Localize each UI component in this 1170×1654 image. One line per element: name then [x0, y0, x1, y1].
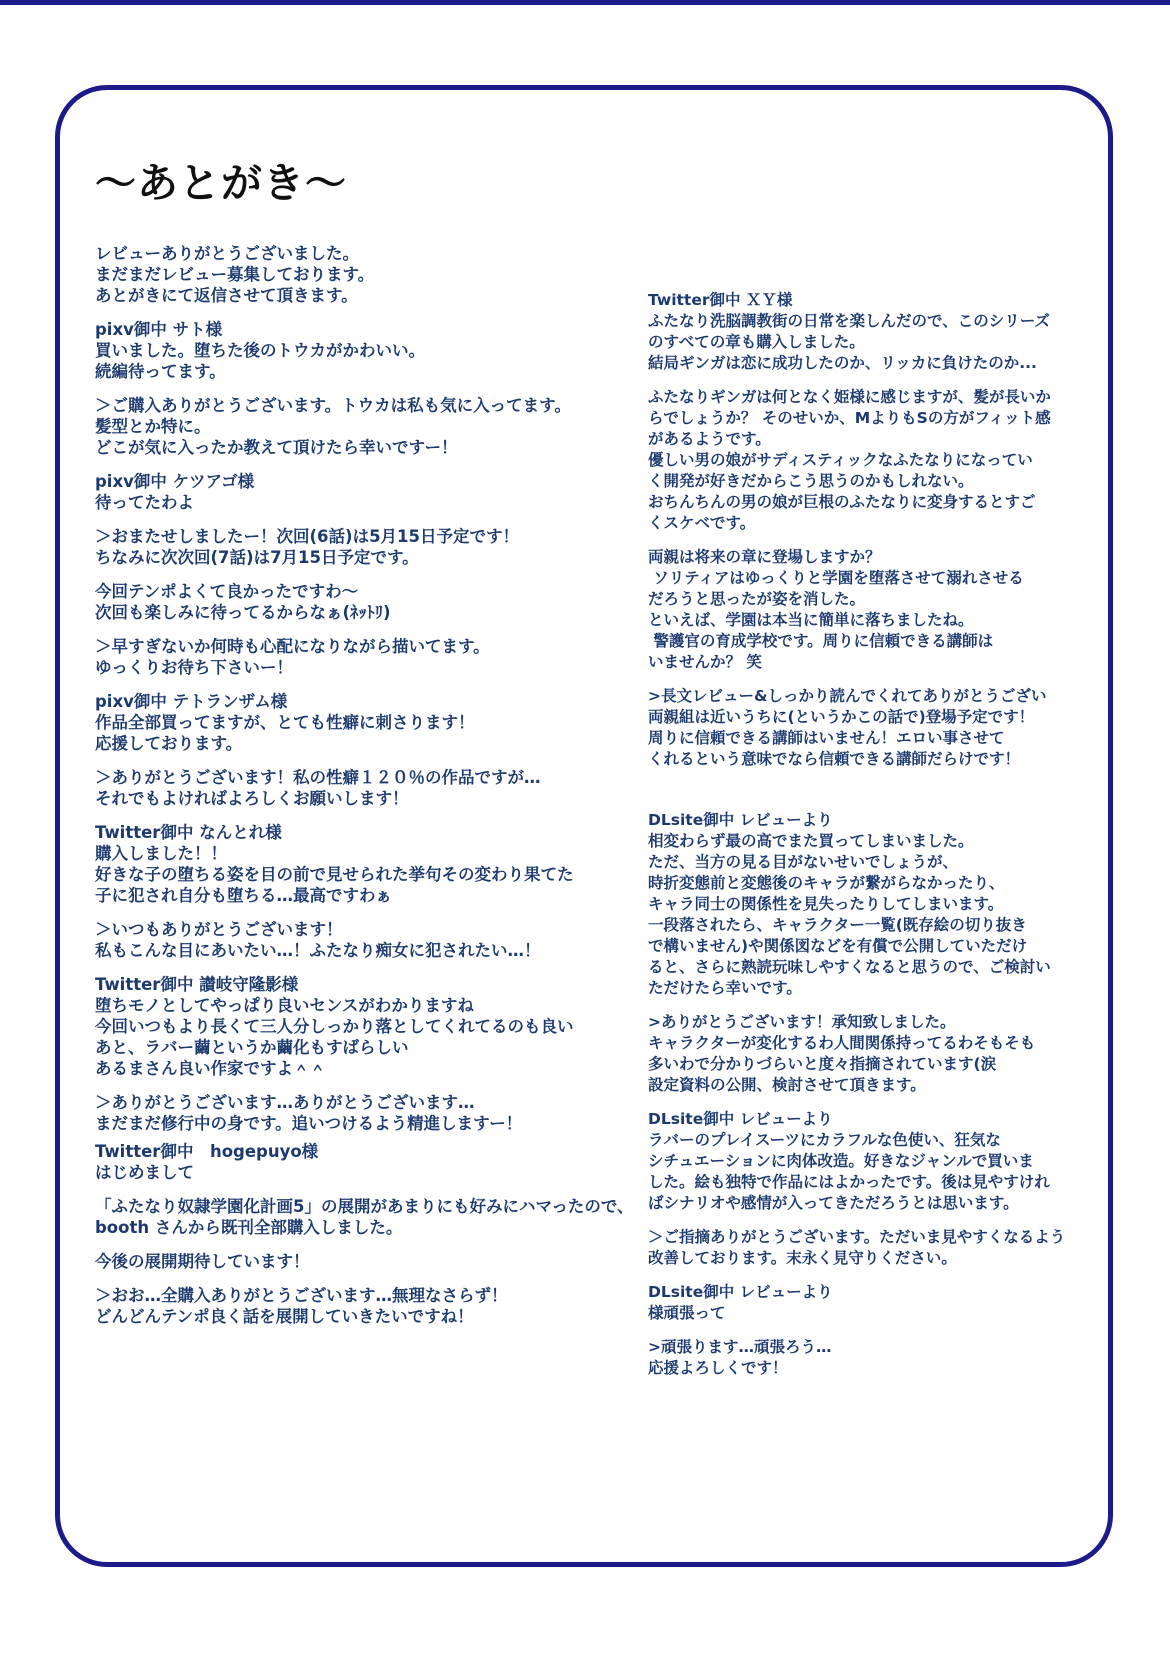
text-line: あとがきにて返信させて頂きます。 — [95, 285, 660, 306]
text-line: ＞早すぎないか何時も心配になりながら描いてます。 — [95, 636, 660, 657]
paragraph: ＞ありがとうございます…ありがとうございます…まだまだ修行中の身です。追いつける… — [95, 1092, 660, 1134]
text-line: レビューありがとうございました。 — [95, 243, 660, 264]
text-line: DLsite御中 レビューより — [648, 1109, 1103, 1130]
paragraph: 今回テンポよくて良かったですわ〜次回も楽しみに待ってるからなぁ(ﾈｯﾄﾘ) — [95, 581, 660, 623]
text-line: どんどんテンポ良く話を展開していきたいですね！ — [95, 1306, 660, 1327]
paragraph: Twitter御中 讃岐守隆影様堕ちモノとしてやっぱり良いセンスがわかりますね今… — [95, 974, 660, 1079]
text-line: Twitter御中 ＸＹ様 — [648, 290, 1103, 311]
text-line: 好きな子の堕ちる姿を目の前で見せられた挙句その変わり果てた — [95, 864, 660, 885]
text-line: ばシナリオや感情が入ってきただろうとは思います。 — [648, 1193, 1103, 1214]
text-line: いませんか？ 笑 — [648, 652, 1103, 673]
text-line: 続編待ってます。 — [95, 361, 660, 382]
paragraph: 両親は将来の章に登場しますか？ ソリティアはゆっくりと学園を堕落させて溺れさせる… — [648, 547, 1103, 673]
text-line: ＞ありがとうございます！私の性癖１２０％の作品ですが… — [95, 767, 660, 788]
paragraph: Twitter御中 なんとれ様購入しました！！好きな子の堕ちる姿を目の前で見せら… — [95, 822, 660, 906]
text-line: ＞ありがとうございます…ありがとうございます… — [95, 1092, 660, 1113]
text-line: した。絵も独特で作品にはよかったです。後は見やすけれ — [648, 1172, 1103, 1193]
text-line: く開発が好きだからこう思うのかもしれない。 — [648, 471, 1103, 492]
paragraph: ＞いつもありがとうございます！私もこんな目にあいたい…！ふたなり痴女に犯されたい… — [95, 919, 660, 961]
paragraph: Twitter御中 ＸＹ様ふたなり洗脳調教街の日常を楽しんだので、このシリーズの… — [648, 290, 1103, 374]
paragraph: pixv御中 テトランザム様作品全部買ってますが、とても性癖に刺さります！応援し… — [95, 691, 660, 754]
text-line: DLsite御中 レビューより — [648, 810, 1103, 831]
text-line: 私もこんな目にあいたい…！ふたなり痴女に犯されたい…！ — [95, 940, 660, 961]
text-line: 次回も楽しみに待ってるからなぁ(ﾈｯﾄﾘ) — [95, 602, 660, 623]
paragraph: 「ふたなり奴隷学園化計画5」の展開があまりにも好みにハマったので、booth さ… — [95, 1196, 660, 1238]
text-line: pixv御中 ケツアゴ様 — [95, 471, 660, 492]
text-line: ゆっくりお待ち下さいー！ — [95, 657, 660, 678]
top-edge-line — [0, 0, 1170, 5]
text-line: くれるという意味でなら信頼できる講師だらけです！ — [648, 749, 1103, 770]
left-column: レビューありがとうございました。まだまだレビュー募集しております。あとがきにて返… — [95, 243, 660, 1340]
text-line: pixv御中 サト様 — [95, 319, 660, 340]
text-line: pixv御中 テトランザム様 — [95, 691, 660, 712]
text-line: 様頑張って — [648, 1303, 1103, 1324]
text-line: あと、ラバー繭というか繭化もすばらしい — [95, 1037, 660, 1058]
text-line: 子に犯され自分も堕ちる…最高ですわぁ — [95, 885, 660, 906]
text-line: キャラ同士の関係性を見失ったりしてしまいます。 — [648, 894, 1103, 915]
text-line: 待ってたわよ — [95, 492, 660, 513]
text-line: くスケベです。 — [648, 513, 1103, 534]
text-line: 優しい男の娘がサディスティックなふたなりになってい — [648, 450, 1103, 471]
paragraph: ＞おまたせしましたー！次回(6話)は5月15日予定です！ちなみに次次回(7話)は… — [95, 526, 660, 568]
text-line: ＞いつもありがとうございます！ — [95, 919, 660, 940]
text-line: らでしょうか？ そのせいか、MよりもSの方がフィット感 — [648, 408, 1103, 429]
paragraph: ＞ご指摘ありがとうございます。ただいま見やすくなるよう改善しております。末永く見… — [648, 1227, 1103, 1269]
paragraph: レビューありがとうございました。まだまだレビュー募集しております。あとがきにて返… — [95, 243, 660, 306]
paragraph: ＞おお…全購入ありがとうございます…無理なさらず！どんどんテンポ良く話を展開して… — [95, 1285, 660, 1327]
text-line: booth さんから既刊全部購入しました。 — [95, 1217, 660, 1238]
text-line: 設定資料の公開、検討させて頂きます。 — [648, 1075, 1103, 1096]
text-line: といえば、学園は本当に簡単に落ちましたね。 — [648, 610, 1103, 631]
text-line: ＞おまたせしましたー！次回(6話)は5月15日予定です！ — [95, 526, 660, 547]
paragraph: >ありがとうございます！承知致しました。キャラクターが変化するわ人間関係持ってる… — [648, 1012, 1103, 1096]
text-line: キャラクターが変化するわ人間関係持ってるわそもそも — [648, 1033, 1103, 1054]
text-line: 改善しております。末永く見守りください。 — [648, 1248, 1103, 1269]
text-line: 相変わらず最の高でまた買ってしまいました。 — [648, 831, 1103, 852]
afterword-page: { "page": { "title": "〜あとがき〜", "border_c… — [0, 0, 1170, 1654]
paragraph: DLsite御中 レビューより相変わらず最の高でまた買ってしまいました。ただ、当… — [648, 810, 1103, 999]
paragraph: pixv御中 ケツアゴ様待ってたわよ — [95, 471, 660, 513]
text-line: まだまだレビュー募集しております。 — [95, 264, 660, 285]
paragraph: Twitter御中 hogepuyo様はじめまして — [95, 1141, 660, 1183]
text-line: 時折変態前と変態後のキャラが繋がらなかったり、 — [648, 873, 1103, 894]
paragraph: ＞早すぎないか何時も心配になりながら描いてます。ゆっくりお待ち下さいー！ — [95, 636, 660, 678]
text-line: 応援よろしくです！ — [648, 1358, 1103, 1379]
text-line: だろうと思ったが姿を消した。 — [648, 589, 1103, 610]
text-line: 購入しました！！ — [95, 843, 660, 864]
text-line: ＞おお…全購入ありがとうございます…無理なさらず！ — [95, 1285, 660, 1306]
text-line: ＞ご指摘ありがとうございます。ただいま見やすくなるよう — [648, 1227, 1103, 1248]
text-line: それでもよければよろしくお願いします！ — [95, 788, 660, 809]
text-line: >頑張ります…頑張ろう… — [648, 1337, 1103, 1358]
text-line: Twitter御中 讃岐守隆影様 — [95, 974, 660, 995]
text-line: ると、さらに熟読玩味しやすくなると思うので、ご検討い — [648, 957, 1103, 978]
paragraph: pixv御中 サト様買いました。堕ちた後のトウカがかわいい。続編待ってます。 — [95, 319, 660, 382]
text-line: 買いました。堕ちた後のトウカがかわいい。 — [95, 340, 660, 361]
text-line: 周りに信頼できる講師はいません！エロい事させて — [648, 728, 1103, 749]
text-line: があるようです。 — [648, 429, 1103, 450]
text-line: ＞ご購入ありがとうございます。トウカは私も気に入ってます。 — [95, 395, 660, 416]
text-line: 今回テンポよくて良かったですわ〜 — [95, 581, 660, 602]
text-line: はじめまして — [95, 1162, 660, 1183]
paragraph: DLsite御中 レビューより様頑張って — [648, 1282, 1103, 1324]
text-line: 今回いつもより長くて三人分しっかり落としてくれてるのも良い — [95, 1016, 660, 1037]
text-line: ふたなりギンガは何となく姫様に感じますが、髪が長いか — [648, 387, 1103, 408]
text-line: で構いません)や関係図などを有償で公開していただけ — [648, 936, 1103, 957]
paragraph: 今後の展開期待しています！ — [95, 1251, 660, 1272]
text-line: ふたなり洗脳調教街の日常を楽しんだので、このシリーズ — [648, 311, 1103, 332]
text-line: Twitter御中 hogepuyo様 — [95, 1141, 660, 1162]
paragraph: >長文レビュー&しっかり読んでくれてありがとうござい両親組は近いうちに(というか… — [648, 686, 1103, 770]
text-line: シチュエーションに肉体改造。好きなジャンルで買いま — [648, 1151, 1103, 1172]
text-line: どこが気に入ったか教えて頂けたら幸いですー！ — [95, 437, 660, 458]
page-title: 〜あとがき〜 — [95, 150, 347, 209]
text-line: 今後の展開期待しています！ — [95, 1251, 660, 1272]
text-line: 両親は将来の章に登場しますか？ — [648, 547, 1103, 568]
text-line: Twitter御中 なんとれ様 — [95, 822, 660, 843]
paragraph: DLsite御中 レビューよりラバーのプレイスーツにカラフルな色使い、狂気なシチ… — [648, 1109, 1103, 1214]
paragraph: ふたなりギンガは何となく姫様に感じますが、髪が長いからでしょうか？ そのせいか、… — [648, 387, 1103, 534]
text-line: あるまさん良い作家ですよ＾＾ — [95, 1058, 660, 1079]
text-line: 両親組は近いうちに(というかこの話で)登場予定です！ — [648, 707, 1103, 728]
text-line: ちなみに次次回(7話)は7月15日予定です。 — [95, 547, 660, 568]
text-line: >長文レビュー&しっかり読んでくれてありがとうござい — [648, 686, 1103, 707]
text-line: 警護官の育成学校です。周りに信頼できる講師は — [648, 631, 1103, 652]
paragraph: >頑張ります…頑張ろう…応援よろしくです！ — [648, 1337, 1103, 1379]
text-line: DLsite御中 レビューより — [648, 1282, 1103, 1303]
right-column: Twitter御中 ＸＹ様ふたなり洗脳調教街の日常を楽しんだので、このシリーズの… — [648, 290, 1103, 1392]
text-line: ラバーのプレイスーツにカラフルな色使い、狂気な — [648, 1130, 1103, 1151]
text-line: 髪型とか特に。 — [95, 416, 660, 437]
text-line: 結局ギンガは恋に成功したのか、リッカに負けたのか... — [648, 353, 1103, 374]
text-line: 堕ちモノとしてやっぱり良いセンスがわかりますね — [95, 995, 660, 1016]
paragraph: ＞ありがとうございます！私の性癖１２０％の作品ですが…それでもよければよろしくお… — [95, 767, 660, 809]
text-line: のすべての章も購入しました。 — [648, 332, 1103, 353]
text-line: 一段落されたら、キャラクター一覧(既存絵の切り抜き — [648, 915, 1103, 936]
text-line: ただけたら幸いです。 — [648, 978, 1103, 999]
text-line: 作品全部買ってますが、とても性癖に刺さります！ — [95, 712, 660, 733]
text-line: 応援しております。 — [95, 733, 660, 754]
text-line: >ありがとうございます！承知致しました。 — [648, 1012, 1103, 1033]
text-line: 多いわで分かりづらいと度々指摘されています(涙 — [648, 1054, 1103, 1075]
text-line: ただ、当方の見る目がないせいでしょうが、 — [648, 852, 1103, 873]
text-line: ソリティアはゆっくりと学園を堕落させて溺れさせる — [648, 568, 1103, 589]
paragraph: ＞ご購入ありがとうございます。トウカは私も気に入ってます。髪型とか特に。どこが気… — [95, 395, 660, 458]
text-line: 「ふたなり奴隷学園化計画5」の展開があまりにも好みにハマったので、 — [95, 1196, 660, 1217]
text-line: まだまだ修行中の身です。追いつけるよう精進しますー！ — [95, 1113, 660, 1134]
text-line: おちんちんの男の娘が巨根のふたなりに変身するとすご — [648, 492, 1103, 513]
